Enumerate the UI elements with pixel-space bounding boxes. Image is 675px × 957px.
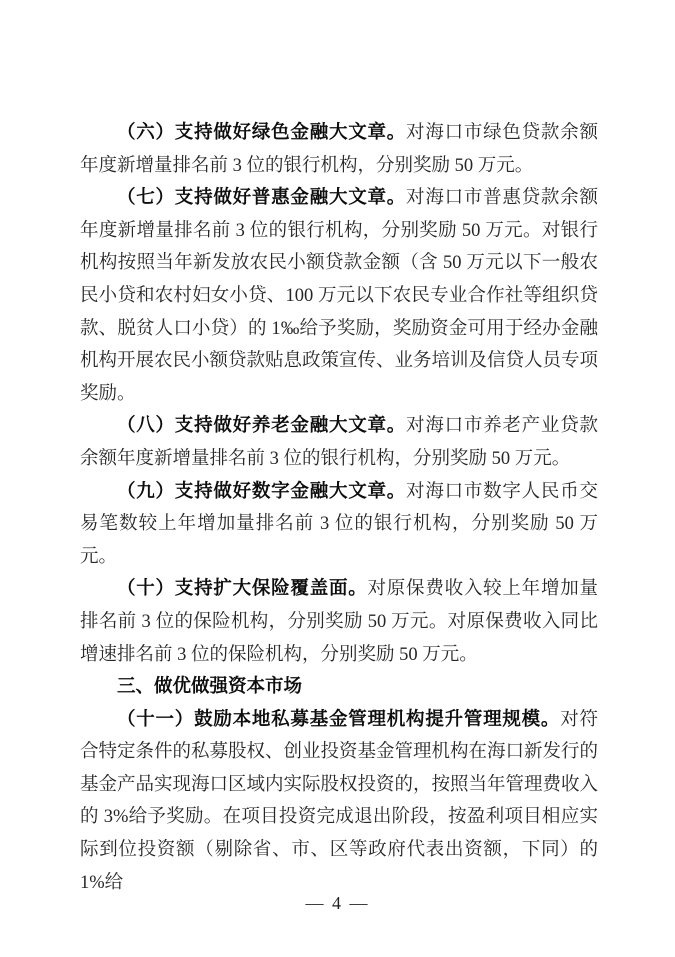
paragraph-item-6: （六）支持做好绿色金融大文章。对海口市绿色贷款余额年度新增量排名前 3 位的银行…	[80, 117, 598, 182]
paragraph-lead: （九）支持做好数字金融大文章。	[117, 482, 406, 502]
paragraph-lead: （七）支持做好普惠金融大文章。	[117, 188, 406, 208]
paragraph-lead: （六）支持做好绿色金融大文章。	[117, 123, 406, 143]
section-heading-3: 三、做优做强资本市场	[80, 671, 598, 704]
paragraph-lead: （十）支持扩大保险覆盖面。	[117, 579, 368, 599]
page-footer: — 4 —	[0, 893, 675, 914]
document-page: （六）支持做好绿色金融大文章。对海口市绿色贷款余额年度新增量排名前 3 位的银行…	[0, 0, 675, 957]
paragraph-item-8: （八）支持做好养老金融大文章。对海口市养老产业贷款余额年度新增量排名前 3 位的…	[80, 410, 598, 475]
paragraph-body: 对符合特定条件的私募股权、创业投资基金管理机构在海口新发行的基金产品实现海口区域…	[80, 710, 598, 893]
paragraph-item-10: （十）支持扩大保险覆盖面。对原保费收入较上年增加量排名前 3 位的保险机构，分别…	[80, 573, 598, 671]
paragraph-body: 对海口市普惠贷款余额年度新增量排名前 3 位的银行机构，分别奖励 50 万元。对…	[80, 188, 598, 404]
paragraph-lead: （十一）鼓励本地私募基金管理机构提升管理规模。	[117, 710, 560, 730]
paragraph-lead: （八）支持做好养老金融大文章。	[117, 416, 406, 436]
page-number: — 4 —	[306, 893, 370, 913]
document-body: （六）支持做好绿色金融大文章。对海口市绿色贷款余额年度新增量排名前 3 位的银行…	[80, 117, 598, 899]
paragraph-item-7: （七）支持做好普惠金融大文章。对海口市普惠贷款余额年度新增量排名前 3 位的银行…	[80, 182, 598, 410]
paragraph-item-9: （九）支持做好数字金融大文章。对海口市数字人民币交易笔数较上年增加量排名前 3 …	[80, 476, 598, 574]
paragraph-item-11: （十一）鼓励本地私募基金管理机构提升管理规模。对符合特定条件的私募股权、创业投资…	[80, 704, 598, 900]
